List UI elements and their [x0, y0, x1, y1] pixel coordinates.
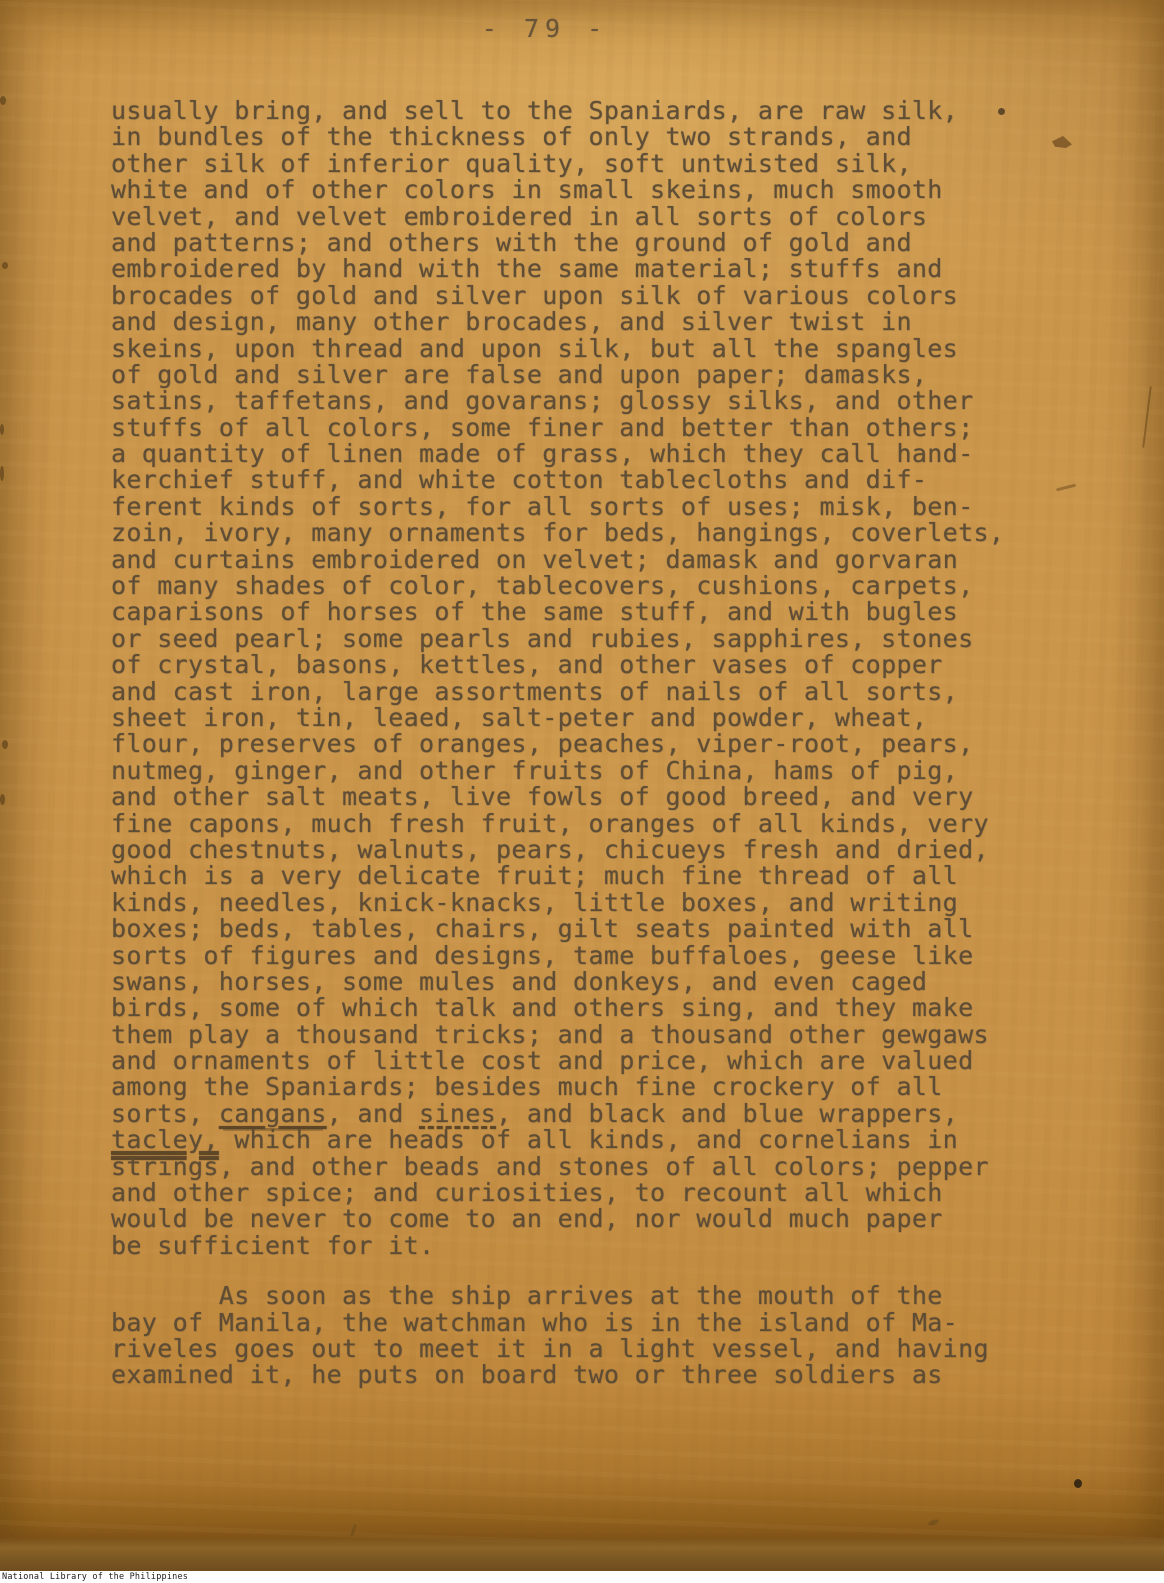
- typed-line: be sufficient for it.: [111, 1233, 1121, 1259]
- typed-line: caparisons of horses of the same stuff, …: [111, 599, 1121, 625]
- underlined-term: sines: [419, 1099, 496, 1128]
- typed-line: kerchief stuff, and white cotton tablecl…: [111, 467, 1121, 493]
- typed-line: boxes; beds, tables, chairs, gilt seats …: [111, 916, 1121, 942]
- underlined-term: cangans: [219, 1099, 327, 1128]
- typed-line: birds, some of which talk and others sin…: [111, 995, 1121, 1021]
- typed-line: swans, horses, some mules and donkeys, a…: [111, 969, 1121, 995]
- typed-line: flour, preserves of oranges, peaches, vi…: [111, 731, 1121, 757]
- typed-line: and other spice; and curiosities, to rec…: [111, 1180, 1121, 1206]
- typed-line: and other salt meats, live fowls of good…: [111, 784, 1121, 810]
- typed-line: zoin, ivory, many ornaments for beds, ha…: [111, 520, 1121, 546]
- typed-line: ferent kinds of sorts, for all sorts of …: [111, 494, 1121, 520]
- typed-line: stuffs of all colors, some finer and bet…: [111, 415, 1121, 441]
- typed-line: brocades of gold and silver upon silk of…: [111, 283, 1121, 309]
- paragraph-ship-arrival: As soon as the ship arrives at the mouth…: [111, 1283, 1121, 1389]
- typed-line: satins, taffetans, and govarans; glossy …: [111, 388, 1121, 414]
- typed-line: sorts of figures and designs, tame buffa…: [111, 943, 1121, 969]
- typed-line: riveles goes out to meet it in a light v…: [111, 1336, 1121, 1362]
- typed-line: of many shades of color, tablecovers, cu…: [111, 573, 1121, 599]
- typed-line: in bundles of the thickness of only two …: [111, 124, 1121, 150]
- typed-line: bay of Manila, the watchman who is in th…: [111, 1310, 1121, 1336]
- typed-line: white and of other colors in small skein…: [111, 177, 1121, 203]
- paragraph-trade-goods: usually bring, and sell to the Spaniards…: [111, 98, 1121, 1259]
- typed-line: other silk of inferior quality, soft unt…: [111, 151, 1121, 177]
- typed-line: good chestnuts, walnuts, pears, chicueys…: [111, 837, 1121, 863]
- typed-line: skeins, upon thread and upon silk, but a…: [111, 336, 1121, 362]
- typed-text-segment: sorts,: [111, 1099, 219, 1128]
- page-number: - 79 -: [0, 14, 1090, 43]
- typed-line: and patterns; and others with the ground…: [111, 230, 1121, 256]
- typed-line: examined it, he puts on board two or thr…: [111, 1362, 1121, 1388]
- scanned-document-page: - 79 - usually bring, and sell to the Sp…: [0, 0, 1164, 1583]
- typed-text-segment: , and: [327, 1099, 419, 1128]
- library-footer: National Library of the Philippines: [0, 1571, 1164, 1583]
- typed-line: tacley, which are heads of all kinds, an…: [111, 1127, 1121, 1153]
- typed-line: strings, and other beads and stones of a…: [111, 1154, 1121, 1180]
- typed-line: nutmeg, ginger, and other fruits of Chin…: [111, 758, 1121, 784]
- typed-line: embroidered by hand with the same materi…: [111, 256, 1121, 282]
- typed-line: and ornaments of little cost and price, …: [111, 1048, 1121, 1074]
- typed-line: fine capons, much fresh fruit, oranges o…: [111, 811, 1121, 837]
- typed-text-segment: which are heads of all kinds, and cornel…: [219, 1125, 958, 1154]
- typed-line: them play a thousand tricks; and a thous…: [111, 1022, 1121, 1048]
- typed-line: which is a very delicate fruit; much fin…: [111, 863, 1121, 889]
- typed-line: sorts, cangans, and sines, and black and…: [111, 1101, 1121, 1127]
- underlined-term: tacley,: [111, 1125, 219, 1154]
- typed-line: or seed pearl; some pearls and rubies, s…: [111, 626, 1121, 652]
- typed-line: a quantity of linen made of grass, which…: [111, 441, 1121, 467]
- typed-line: would be never to come to an end, nor wo…: [111, 1206, 1121, 1232]
- typed-line: and curtains embroidered on velvet; dama…: [111, 547, 1121, 573]
- page-bottom-edge-shadow: [0, 1538, 1164, 1571]
- typed-line: of crystal, basons, kettles, and other v…: [111, 652, 1121, 678]
- typed-line: As soon as the ship arrives at the mouth…: [111, 1283, 1121, 1309]
- typed-line: sheet iron, tin, leaed, salt-peter and p…: [111, 705, 1121, 731]
- typed-line: kinds, needles, knick-knacks, little box…: [111, 890, 1121, 916]
- typed-line: velvet, and velvet embroidered in all so…: [111, 204, 1121, 230]
- typed-line: and design, many other brocades, and sil…: [111, 309, 1121, 335]
- typed-line: usually bring, and sell to the Spaniards…: [111, 98, 1121, 124]
- typed-line: among the Spaniards; besides much fine c…: [111, 1074, 1121, 1100]
- typed-text-segment: , and black and blue wrappers,: [496, 1099, 958, 1128]
- typed-line: and cast iron, large assortments of nail…: [111, 679, 1121, 705]
- typed-text-block: usually bring, and sell to the Spaniards…: [111, 98, 1121, 1389]
- typed-line: of gold and silver are false and upon pa…: [111, 362, 1121, 388]
- footer-label: National Library of the Philippines: [2, 1572, 188, 1582]
